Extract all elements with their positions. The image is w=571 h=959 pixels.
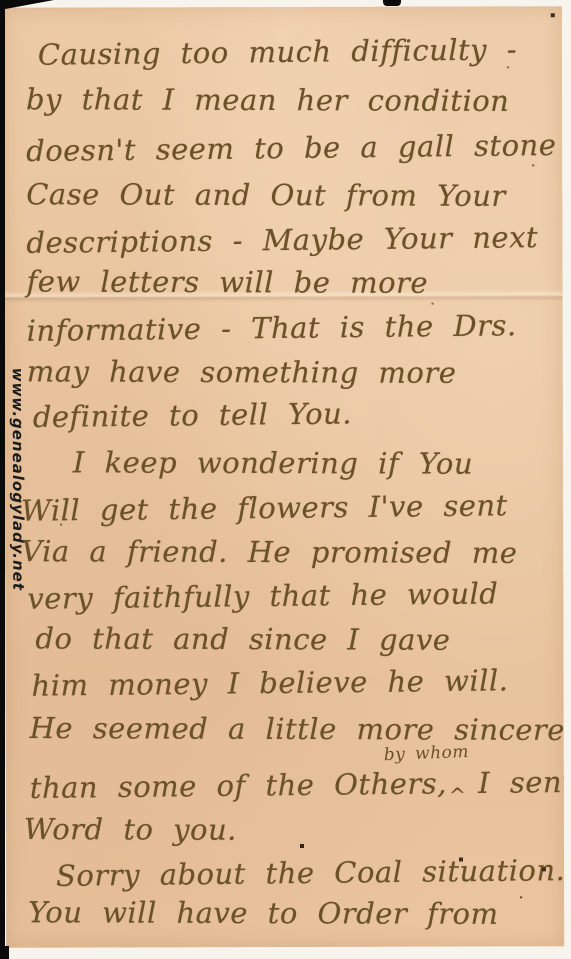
- letter-line: informative - That is the Drs.: [26, 308, 516, 348]
- letter-line: Via a friend. He promised me: [21, 534, 517, 570]
- paper: www.genealogylady.net Causing too much d…: [4, 6, 564, 947]
- letter-line: I keep wondering if You: [73, 445, 473, 480]
- scanner-edge-bottom-left: [0, 946, 9, 959]
- letter-line: Sorry about the Coal situation.: [56, 853, 564, 893]
- scanner-edge-top-mark: [383, 0, 401, 6]
- letter-line: You will have to Order from: [28, 895, 499, 931]
- letter-body: Causing too much difficulty - by that I …: [4, 6, 564, 947]
- letter-line: Case Out and Out from Your: [26, 177, 506, 213]
- letter-line-segment: I sent: [478, 765, 564, 800]
- letter-line: by that I mean her condition: [26, 82, 510, 118]
- letter-line: definite to tell You.: [33, 396, 352, 434]
- caret-mark: ^: [449, 783, 467, 807]
- scanned-letter-page: www.genealogylady.net Causing too much d…: [0, 0, 571, 959]
- letter-line: descriptions - Maybe Your next: [26, 220, 538, 260]
- letter-line: do that and since I gave: [35, 621, 450, 656]
- interlinear-insertion: by whom: [383, 742, 469, 765]
- letter-line: doesn't seem to be a gall stone: [26, 128, 557, 168]
- letter-line: Word to you.: [24, 812, 237, 847]
- scanner-edge-left: [0, 0, 5, 959]
- letter-line: Will get the flowers I've sent: [21, 488, 508, 528]
- letter-line: than some of the Others,^I sent: [30, 765, 565, 805]
- letter-line: He seemed a little more sincere: [30, 711, 565, 747]
- letter-line: very faithfully that he would: [27, 576, 498, 615]
- scan-background: { "watermark": "www.genealogylady.net", …: [0, 0, 571, 959]
- letter-line-segment: than some of the Others,: [30, 766, 447, 805]
- letter-line: may have something more: [27, 354, 457, 389]
- letter-line: Causing too much difficulty -: [38, 32, 518, 71]
- letter-line: him money I believe he will.: [31, 663, 508, 702]
- letter-line: few letters will be more: [26, 264, 428, 299]
